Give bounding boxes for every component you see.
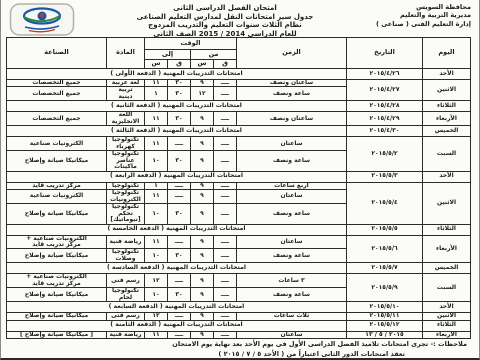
time-from-min-cell: ــــ	[214, 137, 237, 151]
duration-cell: ساعة ونصف	[237, 204, 347, 224]
duration-cell: ساعتان	[237, 331, 347, 338]
trade-cell: جميع التخصصات	[6, 112, 106, 126]
date-cell: ٢٠١٥/٤/٢٩	[347, 112, 423, 126]
date-cell: ٢٠١٥/٥/٧	[347, 263, 423, 274]
trade-cell: الكترونيات صناعية + مركز تدريب قايد	[6, 235, 106, 249]
time-to-min-cell: ٣٠	[168, 204, 191, 224]
authority-line-directorate: مديرية التربية والتعليم	[375, 11, 471, 19]
duration-cell: أربع ساعات	[237, 182, 347, 189]
day-cell: السبت	[423, 274, 471, 302]
day-cell: الثلاثاء	[423, 101, 471, 112]
time-from-min-cell: ــــ	[214, 190, 237, 204]
time-from-hour-cell: ٩	[191, 137, 214, 151]
time-to-min-cell: ــــ	[168, 313, 191, 320]
time-from-min-cell: ــــ	[214, 331, 237, 338]
time-to-hour-cell: ١٠	[144, 249, 167, 263]
time-from-min-cell: ــــ	[214, 249, 237, 263]
time-from-hour-cell: ٩	[191, 190, 214, 204]
day-cell: الأحد	[423, 69, 471, 80]
time-from-hour-cell: ٩	[191, 288, 214, 302]
date-cell: ٢٠١٥ / ٥ / ١٣	[347, 331, 423, 338]
trade-cell: الكترونيات صناعية	[6, 137, 106, 151]
duration-cell: ساعتان	[237, 137, 347, 151]
col-header-from: من	[191, 50, 237, 60]
trade-cell: ميكانيكا صيانة وإصلاح	[6, 204, 106, 224]
date-cell: ٢٠١٥/٥/٩	[347, 274, 423, 302]
subject-cell: تكنولوجيا	[106, 182, 144, 189]
time-to-min-cell: ــــ	[168, 235, 191, 249]
time-from-min-cell: ــــ	[214, 235, 237, 249]
date-cell: ٢٠١٥/٥/٢	[347, 137, 423, 171]
day-cell: الخميس	[423, 126, 471, 137]
time-from-hour-cell: ٩	[191, 331, 214, 338]
day-cell: الاثنين	[423, 182, 471, 224]
trade-cell: ميكانيكا صيانة وإصلاح	[6, 151, 106, 171]
day-cell: الأربعاء	[423, 112, 471, 126]
time-to-hour-cell: ١	[144, 87, 167, 101]
page-header: محافظة السويس مديرية التربية والتعليم إد…	[9, 3, 471, 37]
duration-cell: ساعة ونصف	[237, 288, 347, 302]
day-cell: الاثنين	[423, 80, 471, 101]
time-to-min-cell: ــــ	[168, 190, 191, 204]
duration-cell: ساعتان	[237, 190, 347, 204]
subject-cell: رسم فنى	[106, 274, 144, 288]
duration-cell: ٣ ساعات	[237, 274, 347, 288]
time-from-hour-cell: ٩	[191, 204, 214, 224]
time-to-min-cell: ٣٠	[168, 87, 191, 101]
subject-cell: رياضة فنية	[106, 331, 144, 338]
trade-cell: جميع التخصصات	[6, 87, 106, 101]
day-cell: الاثنين	[423, 313, 471, 320]
time-to-hour-cell: ١١	[144, 331, 167, 338]
col-header-to: إلى	[144, 50, 190, 60]
merged-exam-cell: امتحانات التدريبات المهنية ( الدفعة السا…	[6, 302, 346, 313]
subject-cell: تكنولوجيا لحام	[106, 288, 144, 302]
time-to-min-cell: ــــ	[168, 274, 191, 288]
authority-line-governorate: محافظة السويس	[375, 3, 471, 11]
col-header-day: اليوم	[423, 38, 471, 69]
duration-cell: ساعة ونصف	[237, 87, 347, 101]
merged-exam-cell: امتحانات التدريبات المهنية ( الدفعة الخا…	[6, 224, 346, 235]
merged-exam-cell: امتحانات التدريبات المهنية ( الدفعة الثا…	[6, 320, 346, 331]
time-to-hour-cell: ١١	[144, 112, 167, 126]
col-header-to-min: ق	[168, 60, 191, 69]
time-from-hour-cell: ٩	[191, 274, 214, 288]
subject-cell: تكنولوجيا عناصر ماكينات	[106, 151, 144, 171]
authority-line-administration: إدارة التعليم الفنى ( صناعى )	[375, 20, 471, 28]
date-cell: ٢٠١٥/٥/١١	[347, 313, 423, 320]
time-from-min-cell: ــــ	[214, 182, 237, 189]
time-from-hour-cell: ٩	[191, 112, 214, 126]
date-cell: ٢٠١٥/٥/١٠	[347, 302, 423, 313]
scanned-exam-schedule-page: محافظة السويس مديرية التربية والتعليم إد…	[0, 0, 480, 360]
time-to-min-cell: ــــ	[168, 182, 191, 189]
document-title: امتحان الفصل الدراسى الثانى جدول سير امت…	[79, 3, 371, 38]
date-cell: ٢٠١٥/٥/٣	[347, 171, 423, 182]
time-to-min-cell: ٣٠	[168, 80, 191, 87]
time-from-min-cell: ــــ	[214, 112, 237, 126]
time-to-min-cell: ٣٠	[168, 288, 191, 302]
subject-cell: تربية دينية	[106, 87, 144, 101]
time-from-min-cell: ــــ	[214, 274, 237, 288]
time-from-hour-cell: ١٢	[191, 87, 214, 101]
footer-notes: ملاحظات :- تجرى امتحانات تلاميذ الفصل ال…	[9, 340, 471, 359]
trade-cell: الكترونيات صناعية + مركز تدريب قايد	[6, 274, 106, 288]
time-from-min-cell: ــــ	[214, 204, 237, 224]
time-from-hour-cell: ٩	[191, 80, 214, 87]
col-header-to-hour: س	[144, 60, 167, 69]
duration-cell: ساعة ونصف	[237, 249, 347, 263]
subject-cell: تكنولوجيا الكترونيات	[106, 190, 144, 204]
time-from-hour-cell: ٩	[191, 151, 214, 171]
duration-cell: ساعتان	[237, 235, 347, 249]
subject-cell: تكنولوجيا كهرباء	[106, 137, 144, 151]
date-cell: ٢٠١٥/٤/٢٨	[347, 101, 423, 112]
time-from-hour-cell: ٩	[191, 249, 214, 263]
col-header-from-hour: س	[191, 60, 214, 69]
day-cell: الثلاثاء	[423, 320, 471, 331]
note-line-2: تعقد امتحانات الدور الثانى اعتباراً من (…	[9, 350, 467, 359]
day-cell: الأربعاء	[423, 235, 471, 263]
col-header-duration: الزمن	[237, 38, 347, 69]
col-header-date: التاريخ	[347, 38, 423, 69]
merged-exam-cell: امتحانات التدريبات المهنية ( الدفعة الأو…	[6, 69, 346, 80]
trade-cell: [ ميكانيكا صيانة وإصلاح ]	[6, 331, 106, 338]
trade-cell: الكترونيات صناعية	[6, 190, 106, 204]
time-from-hour-cell: ٩	[191, 235, 214, 249]
time-from-min-cell: ــــ	[214, 313, 237, 320]
time-to-hour-cell: ١١	[144, 80, 167, 87]
duration-cell: ساعة ونصف	[237, 151, 347, 171]
time-from-min-cell: ــــ	[214, 151, 237, 171]
ministry-education-logo	[9, 3, 75, 37]
subject-cell: اللغة الانجليزية	[106, 112, 144, 126]
time-to-hour-cell: ١٠	[144, 204, 167, 224]
date-cell: ٢٠١٥/٥/١٢	[347, 320, 423, 331]
col-header-from-min: ق	[214, 60, 237, 69]
merged-exam-cell: امتحانات التدريبات المهنية ( الدفعة السا…	[6, 263, 346, 274]
time-from-min-cell: ــــ	[214, 87, 237, 101]
time-to-hour-cell: ١	[144, 182, 167, 189]
date-cell: ٢٠١٥/٥/٦	[347, 235, 423, 263]
time-to-hour-cell: ١١	[144, 235, 167, 249]
trade-cell: ميكانيكا صيانة وإصلاح	[6, 288, 106, 302]
time-from-min-cell: ــــ	[214, 288, 237, 302]
title-line-2: جدول سير امتحانات النقل لمدارس التعليم ا…	[79, 13, 371, 22]
date-cell: ٢٠١٥/٤/٢٧	[347, 80, 423, 101]
merged-exam-cell: امتحانات التدريبات المهنية ( الدفعة الرا…	[6, 171, 346, 182]
time-to-min-cell: ــــ	[168, 137, 191, 151]
subject-cell: رسم فنى	[106, 313, 144, 320]
title-line-4: للعام الدراسى 2014 / 2015 الصف الثانى	[79, 30, 371, 39]
day-cell: الأربعاء	[423, 331, 471, 338]
trade-cell: ميكانيكا صيانة وإصلاح	[6, 313, 106, 320]
duration-cell: ساعتان ونصف	[237, 112, 347, 126]
duration-cell: ساعتان ونصف	[237, 80, 347, 87]
exam-schedule-table: اليوم التاريخ الزمن الوقت المادة الصناعة…	[6, 37, 471, 339]
title-line-1: امتحان الفصل الدراسى الثانى	[79, 4, 371, 13]
time-to-min-cell: ــــ	[168, 331, 191, 338]
time-to-hour-cell: ١١	[144, 190, 167, 204]
day-cell: الخميس	[423, 263, 471, 274]
note-line-1: ملاحظات :- تجرى امتحانات تلاميذ الفصل ال…	[9, 340, 467, 349]
time-to-hour-cell: ١٢	[144, 313, 167, 320]
merged-exam-cell: امتحانات التدريبات المهنية ( الدفعة الثا…	[6, 101, 346, 112]
subject-cell: لغة عربية	[106, 80, 144, 87]
authority-block: محافظة السويس مديرية التربية والتعليم إد…	[375, 3, 471, 28]
col-header-subject: المادة	[106, 38, 144, 69]
day-cell: الأحد	[423, 171, 471, 182]
time-from-min-cell: ــــ	[214, 80, 237, 87]
col-header-time: الوقت	[144, 38, 236, 50]
trade-cell: مركز تدريب قايد	[6, 182, 106, 189]
date-cell: ٢٠١٥/٤/٢٦	[347, 69, 423, 80]
time-to-hour-cell: ١٢	[144, 274, 167, 288]
time-to-min-cell: ٣٠	[168, 249, 191, 263]
merged-exam-cell: امتحانات التدريبات المهنية ( الدفعة الثا…	[6, 126, 346, 137]
col-header-trade: الصناعة	[6, 38, 106, 69]
date-cell: ٢٠١٥/٤/٣٠	[347, 126, 423, 137]
time-to-hour-cell: ١٠	[144, 288, 167, 302]
trade-cell: ميكانيكا صيانة وإصلاح	[6, 249, 106, 263]
time-to-hour-cell: ١١	[144, 137, 167, 151]
ministry-logo-icon	[9, 3, 75, 37]
time-from-hour-cell: ٩	[191, 313, 214, 320]
day-cell: الثلاثاء	[423, 224, 471, 235]
day-cell: الأحد	[423, 302, 471, 313]
title-line-3: نظام الثلاث سنوات التعليم والتدريب المزد…	[79, 21, 371, 30]
time-to-hour-cell: ١٠	[144, 151, 167, 171]
date-cell: ٢٠١٥/٥/٤	[347, 182, 423, 224]
time-from-hour-cell: ٩	[191, 182, 214, 189]
subject-cell: تكنولوجيا تحكم [نيوماتيك]	[106, 204, 144, 224]
trade-cell: جميع التخصصات	[6, 80, 106, 87]
day-cell: السبت	[423, 137, 471, 171]
duration-cell: ثلاث ساعات	[237, 313, 347, 320]
subject-cell: تكنولوجيا وصلات	[106, 249, 144, 263]
date-cell: ٢٠١٥/٥/٥	[347, 224, 423, 235]
subject-cell: رياضة فنية	[106, 235, 144, 249]
time-to-min-cell: ٣٠	[168, 151, 191, 171]
time-to-min-cell: ٣٠	[168, 112, 191, 126]
